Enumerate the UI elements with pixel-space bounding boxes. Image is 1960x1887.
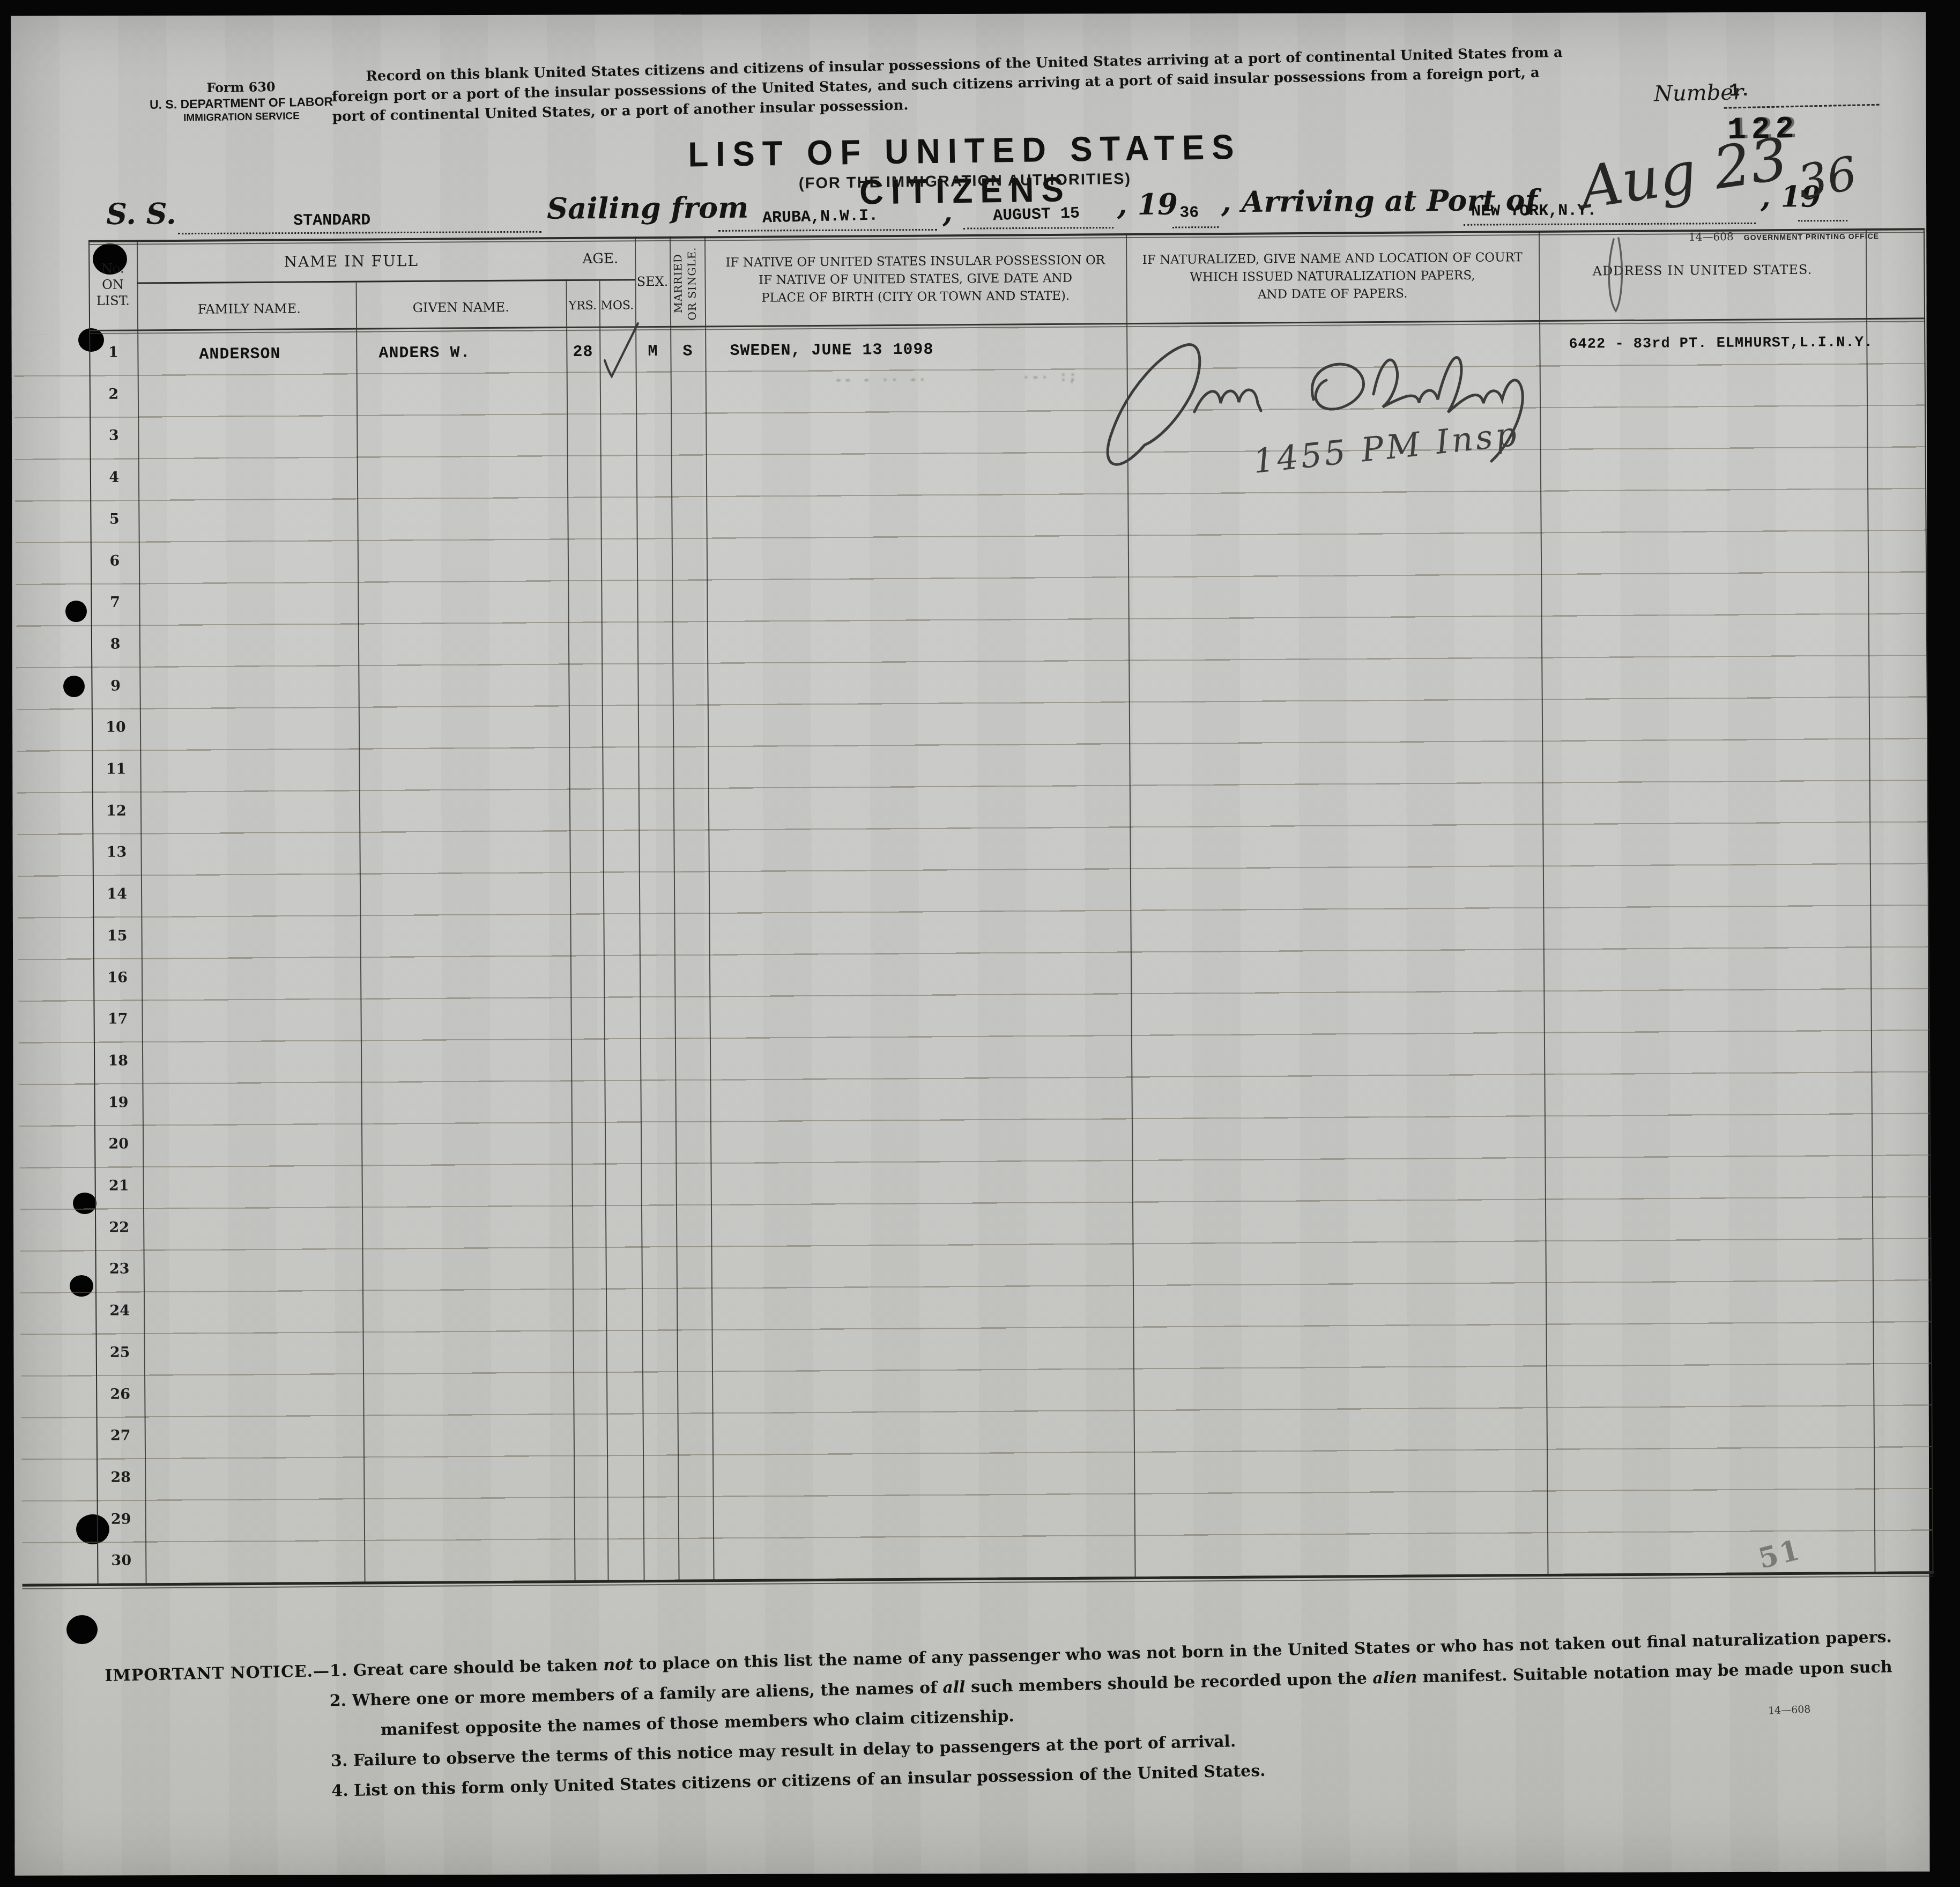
header-given-name: GIVEN NAME. [356,299,566,316]
row-number: 4 [90,469,138,486]
notice-item2-mid: such members should be recorded upon the [965,1669,1373,1697]
notice-heading: IMPORTANT NOTICE.—1. [105,1661,348,1685]
row-number: 26 [96,1386,144,1403]
notice-item3-number: 3. [331,1746,348,1777]
ss-label: S. S. [106,196,176,231]
notice-item1-text: Great care should be taken [353,1656,603,1680]
notice-item1-italic: not [603,1655,633,1674]
row-number: 13 [92,844,140,861]
header-birth: IF NATIVE OF UNITED STATES INSULAR POSSE… [704,251,1126,307]
sailing-year-blank [1172,222,1219,228]
cell-address: 6422 - 83rd PT. ELMHURST,L.I.N.Y. [1569,335,1869,353]
important-notice: IMPORTANT NOTICE.—1. Great care should b… [105,1623,1887,1811]
row-number: 28 [96,1469,145,1486]
notice-item4-number: 4. [331,1776,349,1807]
row-number: 5 [90,510,138,528]
row-number: 21 [95,1177,143,1194]
row-number: 14 [93,885,141,902]
cell-birth: SWEDEN, JUNE 13 1098 [730,339,1121,360]
header-family-name: FAMILY NAME. [143,301,356,317]
row-number: 2 [90,386,138,403]
year-prefix: , 19 [1117,187,1178,222]
pencil-smudge: ·-· :; [1022,371,1079,386]
port-of-arrival: NEW YORK,N.Y. [1471,202,1597,220]
cell-given: ANDERS W. [378,343,563,362]
header-address: ADDRESS IN UNITED STATES. [1539,262,1866,279]
row-number: 24 [95,1302,144,1319]
row-number: 6 [91,552,139,569]
sailing-from-label: Sailing from [547,190,749,226]
arrival-year-blank [1798,216,1847,221]
row-number: 15 [93,927,142,944]
row-number: 23 [95,1261,144,1278]
voyage-line: S. S. STANDARD Sailing from ARUBA,N.W.I.… [0,0,1960,252]
manifest-table: No. ON LIST. NAME IN FULL AGE. SEX. MARR… [88,228,1934,1589]
port-of-departure: ARUBA,N.W.I. [762,207,879,228]
notice-item2-number: 2. [329,1686,347,1716]
row-number: 29 [97,1511,145,1528]
notice-item2-italic-alien: alien [1372,1668,1417,1688]
pencil-smudge: -- - ·· -· [835,373,928,388]
row-number: 7 [91,594,139,611]
punch-hole [66,1615,98,1644]
table-header: No. ON LIST. NAME IN FULL AGE. SEX. MARR… [88,228,1925,335]
ship-name: STANDARD [293,211,370,230]
cell-yrs: 28 [566,343,599,361]
notice-item2-italic-all: all [942,1678,966,1697]
header-yrs: YRS. [566,299,599,313]
row-number: 3 [90,427,138,445]
row-number: 18 [94,1052,142,1069]
header-sex: SEX. [635,274,670,289]
header-mos: MOS. [599,299,635,312]
header-no: No. ON LIST. [88,260,137,309]
row-number: 10 [92,719,140,736]
row-number: 1 [89,344,137,361]
scanned-manifest-page: Form 630 U. S. DEPARTMENT OF LABOR IMMIG… [0,0,1960,1887]
row-number: 8 [91,635,139,653]
row-number: 11 [92,760,140,778]
row-number: 19 [94,1094,143,1111]
row-number: 22 [95,1219,143,1236]
row-number: 30 [97,1552,145,1570]
arrival-date-handwritten: Aug 23 [1576,125,1792,222]
row-number: 25 [96,1344,144,1361]
notice-item2-rest: manifest. Suitable notation may be made … [1417,1657,1892,1686]
header-naturalized: IF NATURALIZED, GIVE NAME AND LOCATION O… [1126,249,1539,305]
header-age: AGE. [566,250,635,267]
row-number: 16 [93,969,142,986]
table-body: 1ANDERSONANDERS W.28MSSWEDEN, JUNE 13 10… [89,322,1933,1585]
row-number: 27 [96,1427,145,1445]
row-number: 17 [94,1011,142,1028]
sailing-year: 36 [1179,204,1199,222]
sailing-date: AUGUST 15 [993,204,1080,225]
header-married-single: MARRIED OR SINGLE. [671,240,703,326]
cell-married: S [670,342,705,360]
arrival-year-handwritten: 36 [1794,146,1861,210]
row-number: 9 [91,677,139,694]
row-number: 12 [92,802,140,819]
row-number: 20 [94,1136,143,1153]
cell-sex: M [635,343,670,361]
header-name-in-full: NAME IN FULL [137,251,566,271]
cell-family: ANDERSON [199,345,354,364]
comma: , [942,195,953,229]
